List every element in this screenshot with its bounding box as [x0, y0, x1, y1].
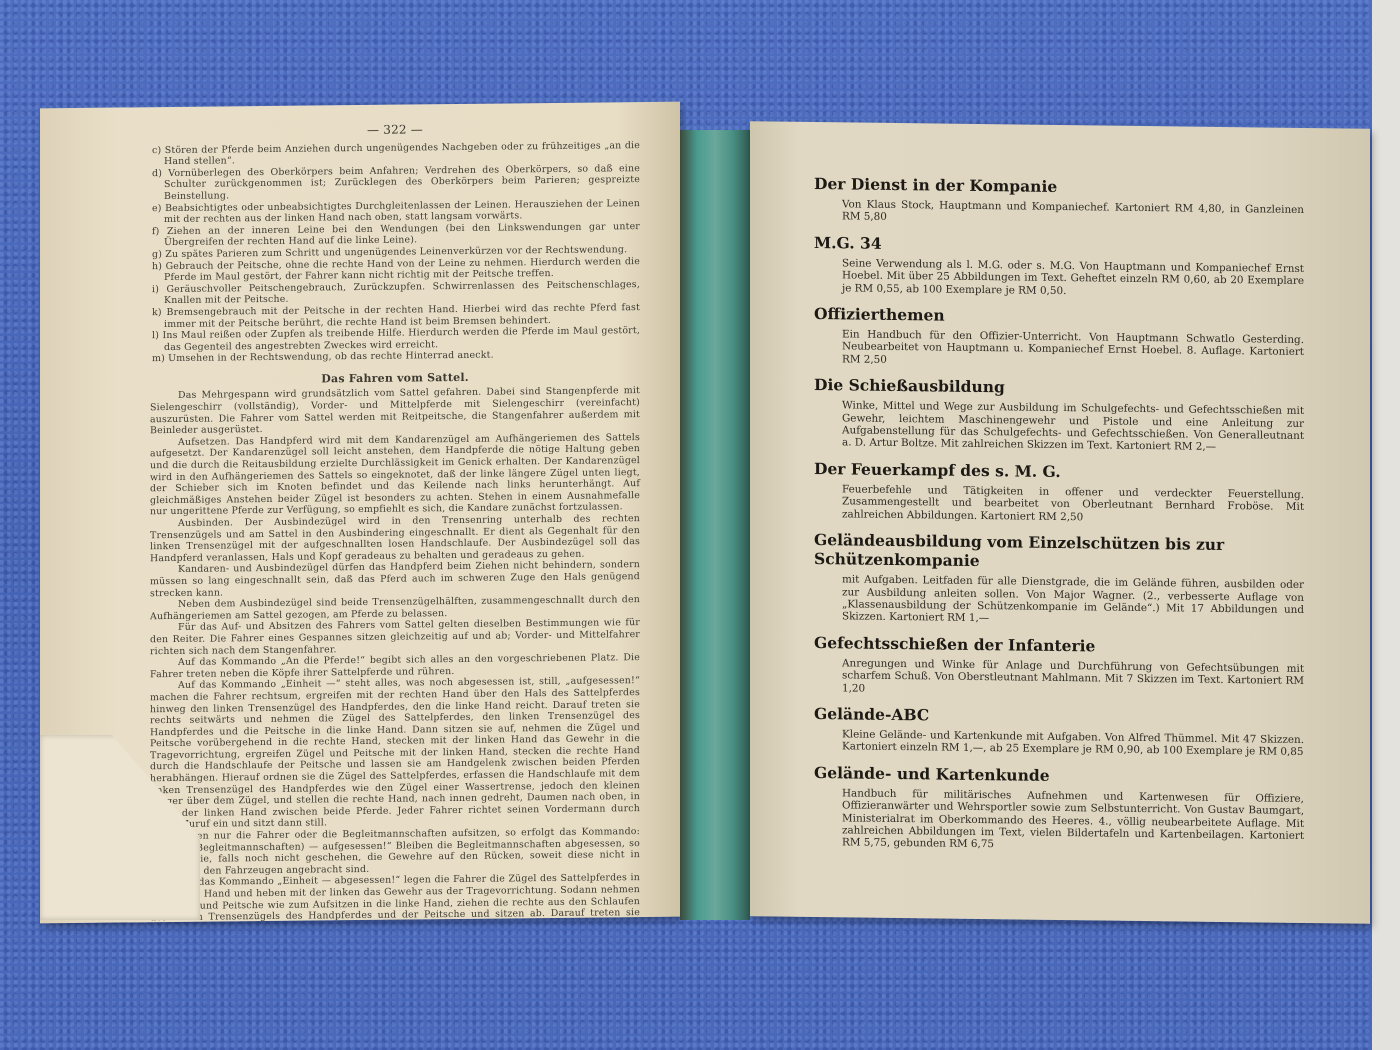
fault-list: c) Stören der Pferde beim Anziehen durch…	[150, 140, 640, 365]
wall	[1372, 0, 1400, 1050]
book-title: Gelände- und Kartenkunde	[814, 763, 1304, 788]
book-entry: Die SchießausbildungWinke, Mittel und We…	[814, 375, 1304, 455]
book-description: Von Klaus Stock, Hauptmann und Kompaniec…	[842, 198, 1304, 228]
book-entry: M.G. 34Seine Verwendung als l. M.G. oder…	[814, 233, 1304, 300]
book-entry: OffizierthemenEin Handbuch für den Offiz…	[814, 304, 1304, 371]
book-entry: Der Dienst in der KompanieVon Klaus Stoc…	[814, 174, 1304, 229]
book-title: Gefechtsschießen der Infanterie	[814, 633, 1304, 658]
book-title: Der Dienst in der Kompanie	[814, 174, 1304, 199]
book-description: Anregungen und Winke für Anlage und Durc…	[842, 657, 1304, 700]
book-description: Feuerbefehle und Tätigkeiten in offener …	[842, 483, 1304, 526]
book-description: Seine Verwendung als l. M.G. oder s. M.G…	[842, 257, 1304, 300]
book-entry: Geländeausbildung vom Einzelschützen bis…	[814, 530, 1304, 629]
book-entry: Gelände-ABCKleine Gelände- und Kartenkun…	[814, 704, 1304, 759]
section-title: Das Fahren vom Sattel.	[150, 370, 640, 387]
paragraph: Aufsetzen. Das Handpferd wird mit dem Ka…	[150, 432, 640, 518]
fault-list-item: d) Vornüberlegen des Oberkörpers beim An…	[150, 163, 640, 203]
book-title: Geländeausbildung vom Einzelschützen bis…	[814, 530, 1304, 574]
book-title: M.G. 34	[814, 233, 1304, 258]
book-title: Der Feuerkampf des s. M. G.	[814, 459, 1304, 484]
book-advert-list: Der Dienst in der KompanieVon Klaus Stoc…	[814, 174, 1304, 865]
book-title: Gelände-ABC	[814, 704, 1304, 729]
paragraph: Sollen nur die Fahrer oder die Begleitma…	[150, 826, 640, 878]
paragraph: Kandaren- und Ausbindezügel dürfen das H…	[150, 559, 640, 599]
book-entry: Der Feuerkampf des s. M. G.Feuerbefehle …	[814, 459, 1304, 526]
paragraph: Ausbinden. Der Ausbindezügel wird in den…	[150, 513, 640, 565]
book-title: Offizierthemen	[814, 304, 1304, 329]
book-entry: Gelände- und KartenkundeHandbuch für mil…	[814, 763, 1304, 855]
book-description: Kleine Gelände- und Kartenkunde mit Aufg…	[842, 728, 1304, 758]
paragraph: Auf das Kommando „Einheit — abgesessen!“…	[150, 872, 640, 923]
page-number: — 322 —	[150, 122, 640, 139]
book-spine	[680, 130, 750, 920]
book-description: mit Aufgaben. Leitfaden für alle Dienstg…	[842, 573, 1304, 628]
right-page: Der Dienst in der KompanieVon Klaus Stoc…	[750, 121, 1370, 924]
book-title: Die Schießausbildung	[814, 375, 1304, 400]
section-body: Das Mehrgespann wird grundsätzlich vom S…	[150, 386, 640, 924]
book-description: Handbuch für militärisches Aufnehmen und…	[842, 787, 1304, 855]
left-page-text: — 322 — c) Stören der Pferde beim Anzieh…	[150, 122, 640, 923]
book-entry: Gefechtsschießen der InfanterieAnregunge…	[814, 633, 1304, 700]
book-description: Ein Handbuch für den Offizier-Unterricht…	[842, 328, 1304, 371]
book-description: Winke, Mittel und Wege zur Ausbildung im…	[842, 400, 1304, 455]
paragraph: Das Mehrgespann wird grundsätzlich vom S…	[150, 386, 640, 438]
paragraph: Auf das Kommando „Einheit —“ steht alles…	[150, 675, 640, 831]
paragraph: Für das Auf- und Absitzen des Fahrers vo…	[150, 617, 640, 657]
